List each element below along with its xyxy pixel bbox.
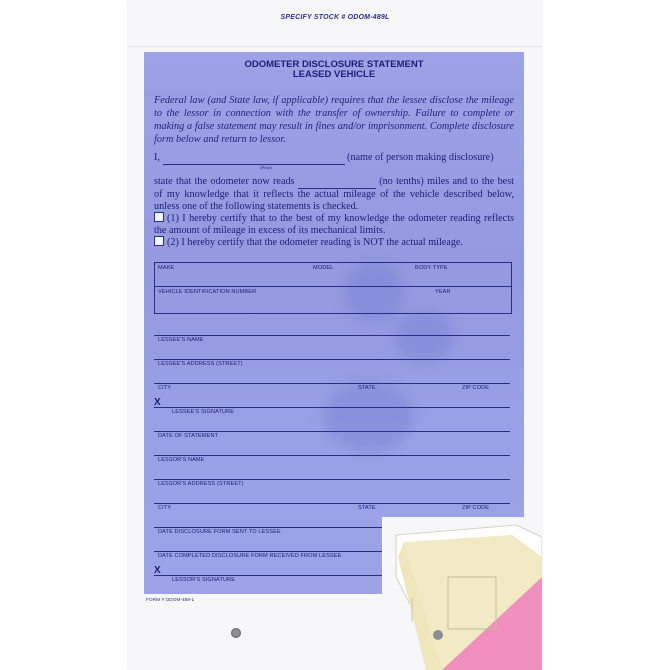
statement-1: (1) I hereby certify that to the best of… bbox=[154, 212, 514, 237]
lessor-name-label: LESSOR'S NAME bbox=[158, 457, 205, 463]
form-number: FORM # ODOM-489-L bbox=[146, 598, 194, 603]
vehicle-box-divider bbox=[155, 286, 511, 287]
lessor-zip-label: ZIP CODE bbox=[462, 505, 489, 511]
make-label: MAKE bbox=[158, 265, 174, 271]
statement-1-text: (1) I hereby certify that to the best of… bbox=[154, 213, 514, 236]
city-label: CITY bbox=[158, 385, 171, 391]
name-line: I, (name of person making disclosure) bbox=[154, 152, 514, 165]
year-label: YEAR bbox=[435, 289, 451, 295]
name-prefix: I, bbox=[154, 152, 160, 163]
date-sent-label: DATE DISCLOSURE FORM SENT TO LESSEE bbox=[158, 529, 281, 535]
statement-2-checkbox[interactable] bbox=[154, 236, 164, 246]
zip-label: ZIP CODE bbox=[462, 385, 489, 391]
lessor-signature-label: LESSOR'S SIGNATURE bbox=[172, 577, 235, 583]
lessee-address-label: LESSEE'S ADDRESS (STREET) bbox=[158, 361, 243, 367]
lessee-city-line[interactable] bbox=[154, 383, 510, 384]
intro-paragraph: Federal law (and State law, if applicabl… bbox=[154, 94, 514, 146]
lessor-state-label: STATE bbox=[358, 505, 376, 511]
name-suffix: (name of person making disclosure) bbox=[347, 152, 494, 163]
statement-1-checkbox[interactable] bbox=[154, 212, 164, 222]
carbonless-copies-corner bbox=[382, 517, 542, 670]
lessor-city-label: CITY bbox=[158, 505, 171, 511]
lessee-name-label: LESSEE'S NAME bbox=[158, 337, 204, 343]
statement-2-text: (2) I hereby certify that the odometer r… bbox=[167, 237, 463, 248]
vin-label: VEHICLE IDENTIFICATION NUMBER bbox=[158, 289, 256, 295]
lessee-signature-line[interactable] bbox=[154, 407, 510, 408]
lessor-address-line[interactable] bbox=[154, 479, 510, 480]
form-subtitle: LEASED VEHICLE bbox=[144, 70, 524, 80]
lessor-address-label: LESSOR'S ADDRESS (STREET) bbox=[158, 481, 244, 487]
lessor-name-line[interactable] bbox=[154, 455, 510, 456]
date-received-label: DATE COMPLETED DISCLOSURE FORM RECEIVED … bbox=[158, 553, 341, 559]
body-type-label: BODY TYPE bbox=[415, 265, 448, 271]
ink-blot bbox=[324, 382, 414, 452]
odometer-prefix: state that the odometer now reads bbox=[154, 176, 295, 187]
date-of-statement-line[interactable] bbox=[154, 431, 510, 432]
statement-2: (2) I hereby certify that the odometer r… bbox=[154, 236, 514, 249]
print-hint: (Print) bbox=[260, 165, 272, 170]
disclosure-form: ODOMETER DISCLOSURE STATEMENT LEASED VEH… bbox=[144, 52, 524, 594]
lessor-city-line[interactable] bbox=[154, 503, 510, 504]
odometer-reading-field[interactable] bbox=[298, 176, 376, 189]
state-label: STATE bbox=[358, 385, 376, 391]
lessee-signature-label: LESSEE'S SIGNATURE bbox=[172, 409, 234, 415]
lessee-address-line[interactable] bbox=[154, 359, 510, 360]
binding-hole bbox=[231, 628, 241, 638]
odometer-statement: state that the odometer now reads (no te… bbox=[154, 176, 514, 213]
date-of-statement-label: DATE OF STATEMENT bbox=[158, 433, 218, 439]
ink-blot bbox=[394, 312, 454, 362]
model-label: MODEL bbox=[313, 265, 333, 271]
vehicle-info-box: MAKE MODEL BODY TYPE VEHICLE IDENTIFICAT… bbox=[154, 262, 512, 314]
name-field[interactable] bbox=[163, 152, 345, 165]
lessee-name-line[interactable] bbox=[154, 335, 510, 336]
perforation-line bbox=[128, 46, 542, 47]
stock-number: SPECIFY STOCK # ODOM-489L bbox=[128, 14, 542, 21]
